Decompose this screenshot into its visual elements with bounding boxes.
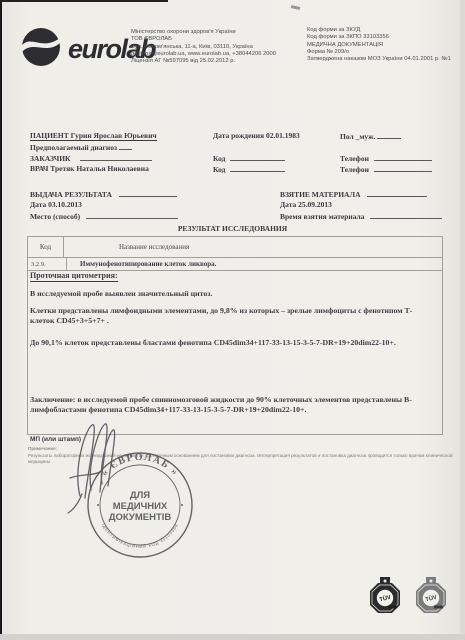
form-code-line: Форма № 209/о — [307, 49, 462, 56]
svg-text:ІДЕНТИФІКАЦІЙНИЙ КОД 3310335: ІДЕНТИФІКАЦІЙНИЙ КОД 33103356 — [101, 523, 179, 549]
customer-phone-blank — [374, 153, 432, 161]
test-name: Иммунофенотипирование клеток ликвора. — [67, 258, 442, 270]
results-section-title: РЕЗУЛЬТАТ ИССЛЕДОВАНИЯ — [0, 224, 465, 233]
form-code-line: МЕДИЧНА ДОКУМЕНТАЦІЯ — [307, 42, 462, 49]
eurolab-globe-icon — [20, 26, 62, 73]
doctor-phone-blank — [374, 164, 432, 172]
sampling-title: ВЗЯТИЕ МАТЕРИАЛА — [280, 189, 427, 199]
issue-title: ВЫДАЧА РЕЗУЛЬТАТА — [30, 189, 177, 199]
issue-place: Место (способ) — [30, 211, 178, 221]
doctor-phone-field: Телефон — [340, 164, 432, 174]
conclusion-paragraph: Заключение: в исследуемой пробе спинномо… — [30, 395, 438, 414]
results-table: Код Название исследования 3.2.9. Иммуноф… — [27, 236, 443, 435]
doctor-code-blank — [230, 164, 285, 172]
note-title: Примечание: — [28, 447, 57, 452]
issue-date: Дата 03.10.2013 — [30, 200, 82, 209]
diagnosis-field: Предполагаемый диагноз — [30, 142, 132, 152]
sex-blank — [377, 131, 401, 139]
test-code: 3.2.9. — [28, 258, 67, 270]
customer-code-field: Код — [213, 153, 285, 163]
doctor-name: ВРАЧ Третяк Наталья Николаевна — [30, 164, 149, 173]
lab-address-line: Ліцензія АГ №597095 від 25.02.2012 р. — [131, 58, 303, 65]
results-table-row: 3.2.9. Иммунофенотипирование клеток ликв… — [28, 258, 442, 271]
result-paragraph: В исследуемой пробе выявлен значительный… — [30, 289, 434, 299]
form-codes-block: Код форми за ЗКУД Код форми за ЗКПО 3310… — [307, 27, 462, 63]
customer-phone-field: Телефон — [340, 153, 432, 163]
scan-speckle — [291, 5, 300, 10]
lab-address-line: Міністерство охорони здоров'я України — [131, 29, 303, 36]
column-header-code: Код — [28, 237, 64, 257]
customer-field: ЗАКАЗЧИК — [30, 153, 152, 163]
scanned-document-page: eurolab Міністерство охорони здоров'я Ук… — [0, 0, 465, 640]
sex-field: Пол _муж. — [340, 131, 401, 141]
issue-title-blank — [119, 189, 177, 197]
doctor-code-field: Код — [213, 164, 285, 174]
scan-edge-left — [0, 0, 2, 640]
form-code-line: Код форми за ЗКУД — [307, 27, 462, 34]
scan-edge-right — [460, 0, 465, 640]
tuv-badge-icon: TÜV — [412, 577, 450, 626]
customer-blank — [80, 153, 152, 161]
sampling-date: Дата 25.09.2013 — [280, 200, 332, 209]
lab-address-block: Міністерство охорони здоров'я України ТО… — [131, 29, 303, 65]
form-code-line: Затверджена наказом МОЗ України 04.01.20… — [307, 56, 462, 63]
sampling-title-blank — [367, 189, 427, 197]
lab-address-line: Вул. Солом'янська, 11-а, Київ, 03110, Ук… — [131, 44, 303, 51]
tuv-badge-icon: TÜV — [366, 577, 404, 626]
sampling-time: Время взятия материала — [280, 211, 442, 221]
diagnosis-blank — [119, 142, 132, 150]
sampling-time-blank — [370, 211, 442, 219]
method-title: Проточная цитометрия: — [30, 271, 118, 282]
customer-code-blank — [230, 153, 285, 161]
signature — [58, 418, 150, 519]
scan-edge-bottom — [0, 634, 465, 640]
form-code-line: Код форми за ЗКПО 33103356 — [307, 34, 462, 41]
issue-place-blank — [86, 211, 178, 219]
scan-edge-top — [0, 0, 168, 2]
result-paragraph: До 90,1% клеток представлены бластами фе… — [30, 338, 410, 348]
birth-date: Дата рождения 02.01.1983 — [213, 131, 300, 140]
column-header-name: Название исследования — [64, 237, 442, 257]
results-table-header-row: Код Название исследования — [28, 237, 442, 258]
result-paragraph: Клетки представлены лимфоидными элемента… — [30, 306, 428, 325]
lab-address-line: postbox@eurolab.ua, www.eurolab.ua, +380… — [131, 51, 303, 58]
patient-name: ПАЦИЕНТ Гурин Ярослав Юрьевич — [30, 131, 157, 141]
lab-address-line: ТОВ ЄВРОЛАБ — [131, 36, 303, 43]
